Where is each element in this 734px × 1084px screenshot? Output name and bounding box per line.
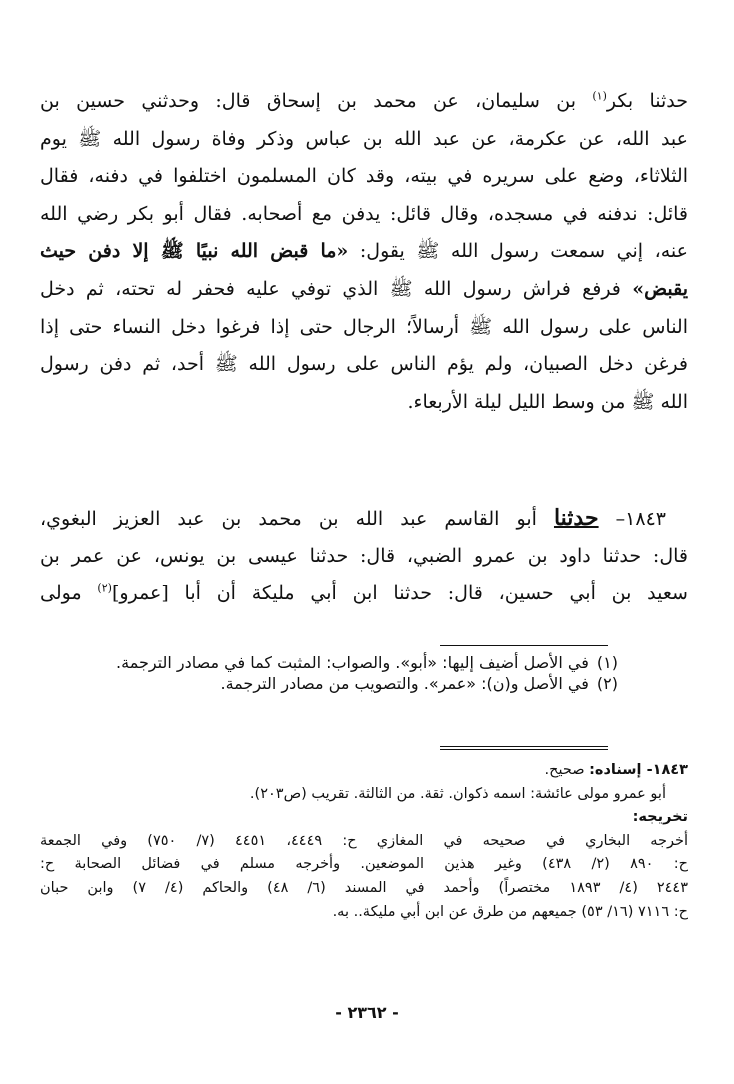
text-line-3: الثلاثاء، وضع على سريره في بيته، وقد كان… [40,158,688,196]
hadith-quote-end: يقبض» [632,278,688,300]
line-text: بن سليمان، عن محمد بن إسحاق قال: وحدثني … [40,90,592,112]
main-text-paragraph-1: حدثنا بكر(١) بن سليمان، عن محمد بن إسحاق… [40,83,688,421]
takhrij-line-2: ح: ٨٩٠ (٢/ ٤٣٨) وغير هذين الموضعين. وأخر… [40,853,688,877]
text-line-11: قال: حدثنا داود بن عمرو الضبي، قال: حدثن… [40,538,688,576]
takhrij-line-3: ٢٤٤٣ (٤/ ١٨٩٣ مختصراً) وأحمد في المسند (… [40,877,688,901]
text-line-8: فرغن دخل الصبيان، ولم يؤم الناس على رسول… [40,346,688,384]
commentary-section: ١٨٤٣- إسناده: صحيح. أبو عمرو مولى عائشة:… [40,759,688,924]
line-text: سعيد بن أبي حسين، قال: حدثنا ابن أبي ملي… [112,582,688,604]
footnotes: (١)في الأصل أضيف إليها: «أبو». والصواب: … [80,652,618,694]
line-text: مولى [40,582,97,604]
footnote-ref-1[interactable]: (١) [592,90,607,103]
narrator-note: أبو عمرو مولى عائشة: اسمه ذكوان. ثقة. من… [40,783,688,807]
hadith-heading-line: ١٨٤٣– حدثنا أبو القاسم عبد الله بن محمد … [40,500,688,538]
line-text: فرفع فراش رسول الله ﷺ الذي توفي عليه فحف… [40,278,632,300]
footnote-number: (٢) [597,674,618,693]
line-text: أبو القاسم عبد الله بن محمد بن عبد العزي… [40,508,554,530]
hadith-marker: حدثنا [554,505,599,531]
text-line-12: سعيد بن أبي حسين، قال: حدثنا ابن أبي ملي… [40,575,688,613]
line-text: عنه، إني سمعت رسول الله ﷺ يقول: [348,240,688,262]
text-line-7: الناس على رسول الله ﷺ أرسالاً؛ الرجال حت… [40,309,688,347]
hadith-quote: «ما قبض الله نبيًا ﷺ إلا دفن حيث [40,240,348,262]
footnote-number: (١) [597,653,618,672]
text-line-1: حدثنا بكر(١) بن سليمان، عن محمد بن إسحاق… [40,83,688,121]
dash: – [599,508,626,530]
page-number: - ٢٣٦٢ - [0,1003,734,1022]
text-line-6: يقبض» فرفع فراش رسول الله ﷺ الذي توفي عل… [40,271,688,309]
footnote-text: في الأصل و(ن): «عمر». والتصويب من مصادر … [221,674,589,693]
commentary-divider-top [440,746,608,747]
text-line-9: الله ﷺ من وسط الليل ليلة الأربعاء. [40,384,688,422]
footnote-ref-2[interactable]: (٢) [97,582,112,595]
isnad-label: ١٨٤٣- إسناده: [589,762,688,778]
text-line-4: قائل: ندفنه في مسجده، وقال قائل: يدفن مع… [40,196,688,234]
footnote-2: (٢)في الأصل و(ن): «عمر». والتصويب من مصا… [80,673,618,694]
footnote-text: في الأصل أضيف إليها: «أبو». والصواب: الم… [116,653,589,672]
book-page: حدثنا بكر(١) بن سليمان، عن محمد بن إسحاق… [0,0,734,1084]
isnad-line: ١٨٤٣- إسناده: صحيح. [40,759,688,783]
takhrij-line-1: أخرجه البخاري في صحيحه في المغازي ح: ٤٤٤… [40,830,688,854]
isnad-value: صحيح. [544,762,589,778]
footnote-divider [440,645,608,646]
hadith-number: ١٨٤٣ [625,508,666,530]
commentary-divider-bottom [440,749,608,750]
footnote-1: (١)في الأصل أضيف إليها: «أبو». والصواب: … [80,652,618,673]
line-text: حدثنا بكر [607,90,688,112]
text-line-2: عبد الله، عن عكرمة، عن عبد الله بن عباس … [40,121,688,159]
takhrij-label: تخريجه: [40,806,688,830]
takhrij-line-4: ح: ٧١١٦ (١٦/ ٥٣) جميعهم من طرق عن ابن أب… [40,901,688,925]
text-line-5: عنه، إني سمعت رسول الله ﷺ يقول: «ما قبض … [40,233,688,271]
main-text-paragraph-2: ١٨٤٣– حدثنا أبو القاسم عبد الله بن محمد … [40,500,688,613]
